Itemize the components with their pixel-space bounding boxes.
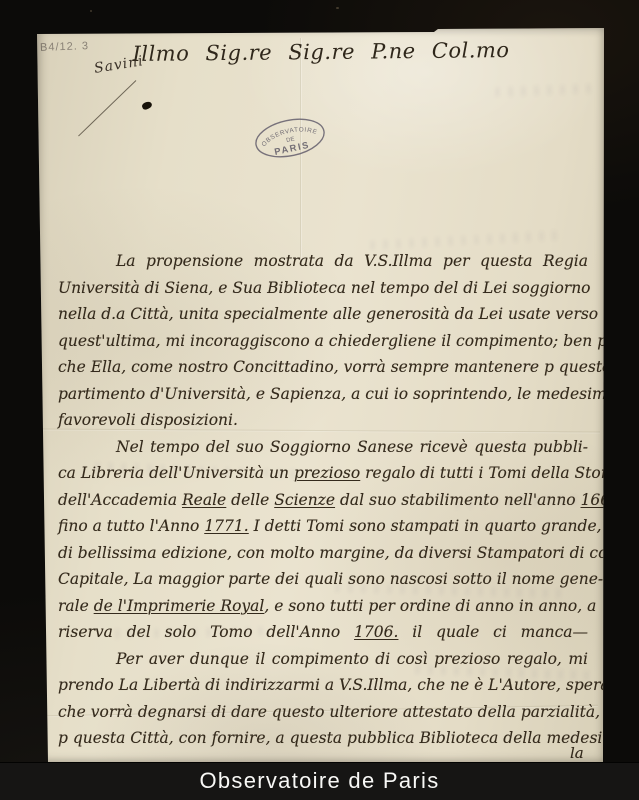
- manuscript-line: prendo La Libertà di indirizzarmi a V.S.…: [58, 672, 588, 699]
- manuscript-line: rale de l'Imprimerie Royal, e sono tutti…: [58, 593, 588, 620]
- letter-body: La propensione mostrata da V.S.Illma per…: [58, 248, 588, 752]
- manuscript-line: di bellissima edizione, con molto margin…: [58, 540, 588, 567]
- manuscript-line: partimento d'Università, e Sapienza, a c…: [58, 381, 588, 408]
- catchword: la: [570, 744, 584, 762]
- manuscript-line: favorevoli disposizioni.: [58, 407, 588, 434]
- manuscript-line: che vorrà degnarsi di dare questo ulteri…: [58, 699, 588, 726]
- caption-text: Observatoire de Paris: [199, 768, 439, 794]
- manuscript-line: che Ella, come nostro Concittadino, vorr…: [58, 354, 588, 381]
- dust-speck: [90, 10, 92, 12]
- manuscript-line: fino a tutto l'Anno 1771. I detti Tomi s…: [58, 513, 588, 540]
- observatoire-stamp-icon: OBSERVATOIRE DE PARIS: [248, 107, 332, 170]
- archive-photo: B4/12. 3 Savini Illmo Sig.re Sig.re P.ne…: [0, 0, 639, 800]
- caption-bar: Observatoire de Paris: [0, 762, 639, 800]
- manuscript-line: ca Libreria dell'Università un prezioso …: [58, 460, 588, 487]
- dust-speck: [336, 7, 339, 9]
- manuscript-line: nella d.a Città, unita specialmente alle…: [58, 301, 588, 328]
- manuscript-line: Per aver dunque il compimento di così pr…: [58, 646, 588, 673]
- manuscript-line: dell'Accademia Reale delle Scienze dal s…: [58, 487, 588, 514]
- manuscript-page: B4/12. 3 Savini Illmo Sig.re Sig.re P.ne…: [36, 28, 606, 765]
- salutation-line: Illmo Sig.re Sig.re P.ne Col.mo: [36, 37, 606, 67]
- manuscript-line: Università di Siena, e Sua Biblioteca ne…: [58, 275, 588, 302]
- manuscript-line: p questa Città, con fornire, a questa pu…: [58, 725, 588, 752]
- manuscript-line: quest'ultima, mi incoraggiscono a chiede…: [58, 328, 588, 355]
- manuscript-line: La propensione mostrata da V.S.Illma per…: [58, 248, 588, 275]
- manuscript-line: Capitale, La maggior parte dei quali son…: [58, 566, 588, 593]
- manuscript-line: riserva del solo Tomo dell'Anno 1706. il…: [58, 619, 588, 646]
- ink-bleedthrough: [491, 84, 591, 96]
- signature-flourish: [78, 80, 136, 136]
- ink-blot: [141, 100, 153, 110]
- manuscript-line: Nel tempo del suo Soggiorno Sanese ricev…: [58, 434, 588, 461]
